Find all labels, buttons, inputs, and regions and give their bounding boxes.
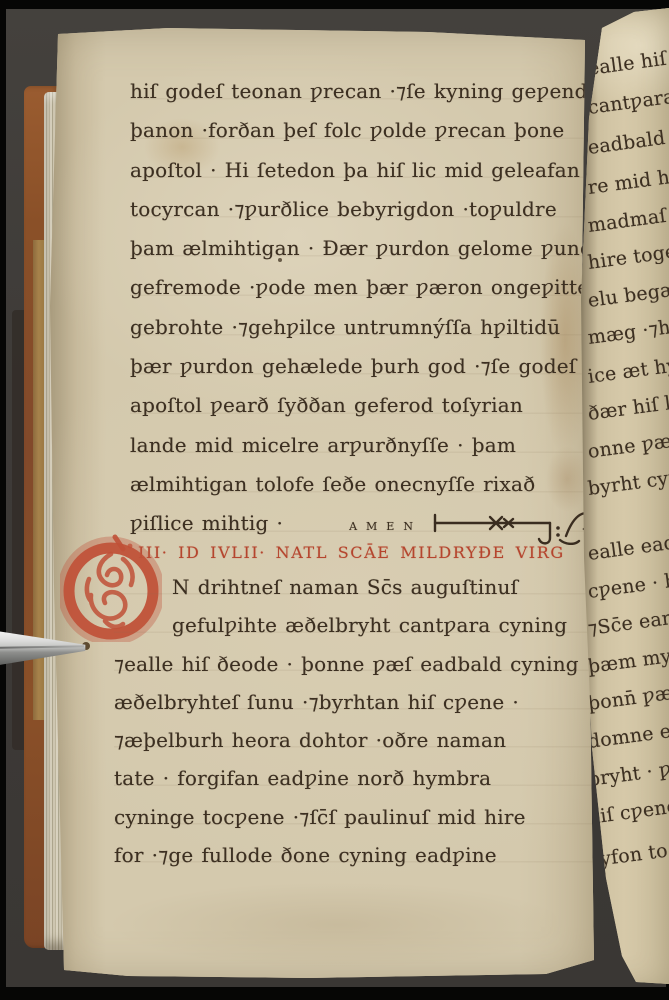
line-text: cyninge tocƿene ·⁊ſc̄ſ paulinuſ mid hire — [114, 805, 526, 829]
manuscript-line: gebrohte ·⁊gehƿilce untrumnýſſa hƿiltidū — [130, 308, 590, 347]
manuscript-line: tate · forgifan eadƿine norð hymbra — [114, 759, 602, 797]
manuscript-line: lande mid micelre arƿurðnyſſe · þam — [130, 426, 590, 465]
facing-partial-line: elu begæt — [587, 277, 669, 312]
manuscript-line: ælmihtigan tolofe ſeðe onecnyſſe rixað — [130, 465, 590, 504]
manuscript-page: hiſ godeſ teonan ƿrecan ·⁊ſe kyning geƿe… — [48, 26, 596, 982]
line-text: for ·⁊ge fullode ðone cyning eadƿine — [114, 843, 497, 867]
facing-partial-line: domne ea — [587, 719, 669, 753]
facing-partial-line: ice æt hy — [587, 354, 669, 388]
line-text: þanon ·forðan þeſ folc ƿolde ƿrecan þone — [130, 118, 564, 142]
manuscript-line: hiſ godeſ teonan ƿrecan ·⁊ſe kyning geƿe… — [130, 72, 590, 111]
line-text: apoſtol · Hi ſetedon þa hiſ lic mid gele… — [130, 158, 580, 182]
manuscript-line: apoſtol · Hi ſetedon þa hiſ lic mid gele… — [130, 151, 590, 190]
manuscript-line: þam ælmihtigan · Ðær ƿurdon gelome ƿundr… — [130, 229, 590, 268]
manuscript-line: ⁊æþelburh heora dohtor ·oðre naman — [114, 721, 602, 759]
manuscript-line: gefulƿihte æðelbryht cantƿara cyning — [114, 606, 602, 644]
text-block-2: N drihtneſ naman Sc̄s auguſtinuſ gefulƿi… — [114, 568, 602, 874]
line-text: þær ƿurdon gehælede þurh god ·⁊ſe godeſ — [130, 354, 576, 378]
rubric-line: III· ID IVLII· NATL SCĀE MILDRYÐE VIRG — [138, 542, 618, 564]
facing-partial-line: cantƿara — [587, 86, 669, 119]
facing-partial-line: byrht cyn — [587, 466, 669, 500]
line-text: ⁊æþelburh heora dohtor ·oðre naman — [114, 728, 506, 752]
facing-partial-line: ðær hiſ l — [587, 392, 669, 425]
facing-partial-line: ealle ead — [587, 532, 669, 565]
text-block-1: hiſ godeſ teonan ƿrecan ·⁊ſe kyning geƿe… — [130, 72, 590, 544]
manuscript-line: N drihtneſ naman Sc̄s auguſtinuſ — [114, 568, 602, 606]
line-text: gefulƿihte æðelbryht cantƿara cyning — [172, 613, 567, 637]
line-text: apoſtol ƿearð ſyððan geferod toſyrian — [130, 393, 523, 417]
manuscript-line: cyninge tocƿene ·⁊ſc̄ſ paulinuſ mid hire — [114, 798, 602, 836]
line-text: ⁊ealle hiſ ðeode · þonne ƿæſ eadbald cyn… — [114, 652, 579, 676]
line-text: æðelbryhteſ ſunu ·⁊byrhtan hiſ cƿene · — [114, 690, 519, 714]
facing-partial-line: eadbald h — [587, 124, 669, 158]
facing-partial-line: madmaſ t — [587, 203, 669, 237]
manuscript-line: þær ƿurdon gehælede þurh god ·⁊ſe godeſ — [130, 347, 590, 386]
manuscript-line: þanon ·forðan þeſ folc ƿolde ƿrecan þone — [130, 111, 590, 150]
facing-partial-line: onne ƿær e — [587, 427, 669, 463]
manuscript-line: tocyrcan ·⁊ƿurðlice bebyrigdon ·toƿuldre — [130, 190, 590, 229]
manuscript-photo: hiſ godeſ teonan ƿrecan ·⁊ſe kyning geƿe… — [0, 0, 669, 1000]
line-text: ƿiſlice mihtig · — [130, 511, 283, 535]
manuscript-line: for ·⁊ge fullode ðone cyning eadƿine — [114, 836, 602, 874]
facing-partial-line: ⁊Sc̄e ean — [587, 607, 669, 640]
manuscript-line-amen: ƿiſlice mihtig ·amen — [130, 504, 590, 543]
line-text: þam ælmihtigan · Ðær ƿurdon gelome ƿundr… — [130, 236, 615, 260]
facing-partial-line: hire togeb — [587, 239, 669, 274]
manuscript-line: apoſtol ƿearð ſyððan geferod toſyrian — [130, 386, 590, 425]
line-text: tate · forgifan eadƿine norð hymbra — [114, 766, 491, 790]
line-text: tocyrcan ·⁊ƿurðlice bebyrigdon ·toƿuldre — [130, 197, 557, 221]
line-text: gebrohte ·⁊gehƿilce untrumnýſſa hƿiltidū — [130, 315, 560, 339]
line-text: hiſ godeſ teonan ƿrecan ·⁊ſe kyning geƿe… — [130, 79, 600, 103]
amen-word: amen — [349, 515, 422, 534]
line-text: ælmihtigan tolofe ſeðe onecnyſſe rixað — [130, 472, 535, 496]
line-text: lande mid micelre arƿurðnyſſe · þam — [130, 433, 516, 457]
facing-partial-line: re mid hiſ — [587, 165, 669, 199]
manuscript-line: gefremode ·ƿode men þær ƿæron ongeƿitte — [130, 268, 590, 307]
line-text: gefremode ·ƿode men þær ƿæron ongeƿitte — [130, 275, 589, 299]
facing-partial-line: mæg ·⁊hed — [587, 313, 669, 349]
parchment-stain — [108, 882, 568, 968]
facing-partial-line: þæm myn — [587, 644, 669, 678]
facing-partial-line: ealle hiſ — [587, 48, 668, 80]
manuscript-line: æðelbryhteſ ſunu ·⁊byrhtan hiſ cƿene · — [114, 683, 602, 721]
manuscript-line: ⁊ealle hiſ ðeode · þonne ƿæſ eadbald cyn… — [114, 645, 602, 683]
facing-partial-line: bryht · ƿa — [587, 757, 669, 791]
line-text: N drihtneſ naman Sc̄s auguſtinuſ — [172, 575, 518, 599]
facing-partial-line: þonn̄ ƿær — [587, 681, 669, 715]
facing-partial-line: cƿene · hi — [587, 569, 669, 603]
